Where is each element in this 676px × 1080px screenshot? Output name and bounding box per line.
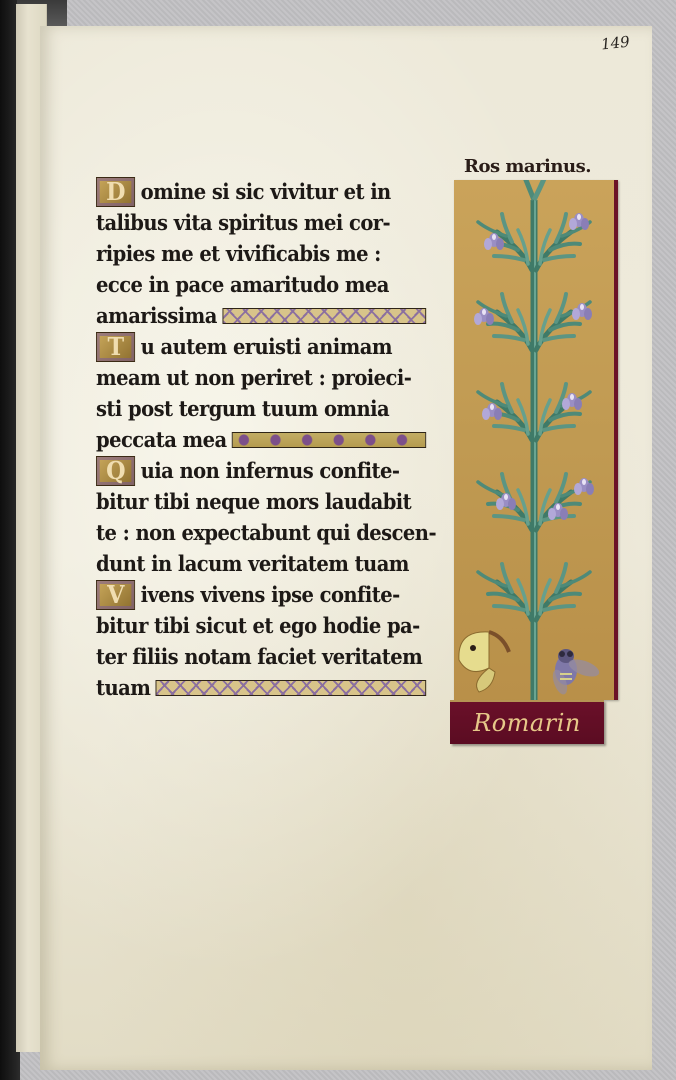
text-line: amarissima [96, 300, 426, 331]
rosemary-plant-icon [454, 180, 614, 700]
illuminated-initial: Q [96, 456, 135, 486]
text-line: D omine si sic vivitur et in [96, 176, 426, 207]
rosemary-illumination [454, 180, 618, 700]
text-block: D omine si sic vivitur et in talibus vit… [96, 176, 451, 703]
line-filler-scroll [232, 432, 426, 448]
text-line: meam ut non periret : proieci- [96, 362, 426, 393]
line-filler-zigzag [156, 680, 426, 696]
text-line: sti post tergum tuum omnia [96, 393, 426, 424]
fly-icon [550, 649, 602, 696]
line-text: ecce in pace amaritudo mea [96, 269, 389, 300]
text-line: peccata mea [96, 424, 426, 455]
butterfly-icon [459, 632, 509, 692]
illuminated-initial: D [96, 177, 135, 207]
text-line: Q uia non infernus confite- [96, 455, 426, 486]
line-text: bitur tibi sicut et ego hodie pa- [96, 610, 420, 641]
line-text: tuam [96, 672, 150, 703]
line-text: te : non expectabunt qui descen- [96, 517, 436, 548]
text-line: V ivens vivens ipse confite- [96, 579, 426, 610]
line-text: talibus vita spiritus mei cor- [96, 207, 390, 238]
illuminated-initial: T [96, 332, 135, 362]
line-text: ter filiis notam faciet veritatem [96, 641, 422, 672]
line-text: uia non infernus confite- [141, 455, 400, 486]
text-line: talibus vita spiritus mei cor- [96, 207, 426, 238]
text-line: bitur tibi neque mors laudabit [96, 486, 426, 517]
line-text: amarissima [96, 300, 217, 331]
text-line: dunt in lacum veritatem tuam [96, 548, 426, 579]
illuminated-initial: V [96, 580, 135, 610]
text-line: ripies me et vivificabis me : [96, 238, 426, 269]
line-filler-zigzag [222, 308, 426, 324]
vernacular-plant-label: Romarin [473, 709, 581, 737]
text-line: ter filiis notam faciet veritatem [96, 641, 426, 672]
line-text: sti post tergum tuum omnia [96, 393, 389, 424]
manuscript-folio: 149 D omine si sic vivitur et in talibus… [40, 26, 652, 1070]
line-text: peccata mea [96, 424, 227, 455]
text-line: ecce in pace amaritudo mea [96, 269, 426, 300]
text-line: te : non expectabunt qui descen- [96, 517, 426, 548]
text-line: tuam [96, 672, 426, 703]
line-text: dunt in lacum veritatem tuam [96, 548, 409, 579]
line-text: bitur tibi neque mors laudabit [96, 486, 411, 517]
latin-plant-label: Ros marinus. [464, 156, 591, 177]
line-text: ivens vivens ipse confite- [141, 579, 400, 610]
vernacular-label-cartouche: Romarin [450, 700, 604, 744]
line-text: meam ut non periret : proieci- [96, 362, 411, 393]
line-text: u autem eruisti animam [141, 331, 392, 362]
text-line: T u autem eruisti animam [96, 331, 426, 362]
line-text: omine si sic vivitur et in [141, 176, 391, 207]
folio-number: 149 [600, 33, 630, 54]
text-line: bitur tibi sicut et ego hodie pa- [96, 610, 426, 641]
line-text: ripies me et vivificabis me : [96, 238, 381, 269]
